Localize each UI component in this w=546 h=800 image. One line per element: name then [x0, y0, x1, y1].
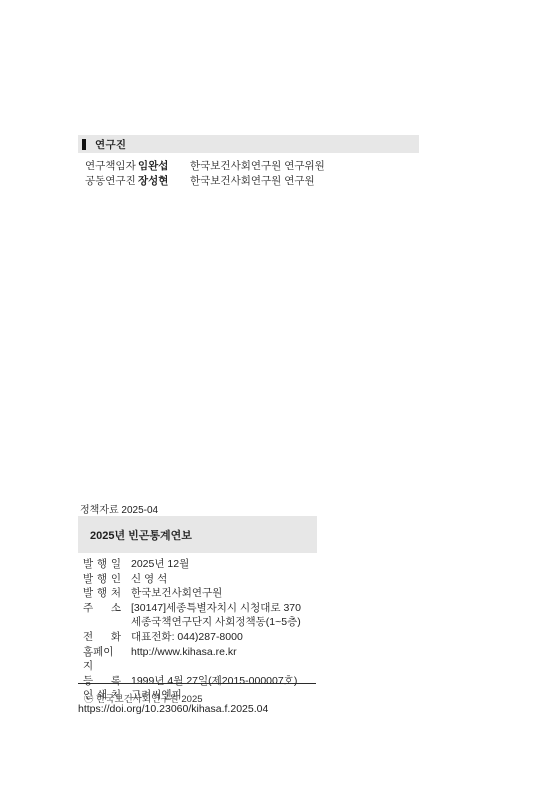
field-label: 발 행 인	[83, 572, 121, 587]
field-row-phone: 전 화 대표전화: 044)287-8000	[78, 630, 428, 645]
field-value: 신 영 석	[131, 572, 428, 587]
field-row-publish-date: 발 행 일 2025년 12월	[78, 557, 428, 572]
book-title-box: 2025년 빈곤통계연보	[78, 516, 317, 553]
research-member-row: 공동연구진 장성현 한국보건사회연구원 연구원	[85, 174, 419, 189]
research-member-row: 연구책임자 임완섭 한국보건사회연구원 연구위원	[85, 159, 419, 174]
member-name: 장성현	[138, 174, 190, 189]
member-role: 연구책임자	[85, 159, 138, 174]
field-row-publisher-person: 발 행 인 신 영 석	[78, 572, 428, 587]
field-label: 등 록	[83, 674, 121, 689]
research-team-header-bar: 연구진	[78, 135, 419, 153]
field-label: 주 소	[83, 601, 121, 630]
field-value: 한국보건사회연구원	[131, 586, 428, 601]
research-members-list: 연구책임자 임완섭 한국보건사회연구원 연구위원 공동연구진 장성현 한국보건사…	[78, 159, 419, 189]
member-role: 공동연구진	[85, 174, 138, 189]
section-title: 연구진	[95, 137, 126, 152]
field-value-homepage-url: http://www.kihasa.re.kr	[131, 645, 428, 674]
field-label: 발 행 일	[83, 557, 121, 572]
book-title: 2025년 빈곤통계연보	[90, 527, 192, 543]
divider-rule	[78, 683, 316, 684]
member-affiliation: 한국보건사회연구원 연구위원	[190, 159, 419, 174]
doi-text: https://doi.org/10.23060/kihasa.f.2025.0…	[78, 703, 268, 715]
field-row-address: 주 소 [30147]세종특별자치시 시청대로 370 세종국책연구단지 사회정…	[78, 601, 428, 630]
document-page: 연구진 연구책임자 임완섭 한국보건사회연구원 연구위원 공동연구진 장성현 한…	[0, 0, 546, 800]
field-value: 2025년 12월	[131, 557, 428, 572]
field-row-publisher-org: 발 행 처 한국보건사회연구원	[78, 586, 428, 601]
section-marker-icon	[82, 139, 86, 150]
publication-fields: 발 행 일 2025년 12월 발 행 인 신 영 석 발 행 처 한국보건사회…	[78, 557, 428, 703]
member-name: 임완섭	[138, 159, 190, 174]
address-line-1: [30147]세종특별자치시 시청대로 370	[131, 601, 428, 616]
field-value: 대표전화: 044)287-8000	[131, 630, 428, 645]
colophon-section: 정책자료 2025-04 2025년 빈곤통계연보 발 행 일 2025년 12…	[78, 501, 428, 741]
field-value: 1999년 4월 27일(제2015-000007호)	[131, 674, 428, 689]
address-line-2: 세종국책연구단지 사회정책동(1~5층)	[131, 615, 428, 630]
member-affiliation: 한국보건사회연구원 연구원	[190, 174, 419, 189]
field-label: 발 행 처	[83, 586, 121, 601]
field-label: 전 화	[83, 630, 121, 645]
field-row-registration: 등 록 1999년 4월 27일(제2015-000007호)	[78, 674, 428, 689]
series-number: 정책자료 2025-04	[80, 501, 158, 516]
field-value: [30147]세종특별자치시 시청대로 370 세종국책연구단지 사회정책동(1…	[131, 601, 428, 630]
field-label: 홈페이지	[83, 645, 121, 674]
research-team-section: 연구진 연구책임자 임완섭 한국보건사회연구원 연구위원 공동연구진 장성현 한…	[78, 135, 419, 189]
field-row-homepage: 홈페이지 http://www.kihasa.re.kr	[78, 645, 428, 674]
